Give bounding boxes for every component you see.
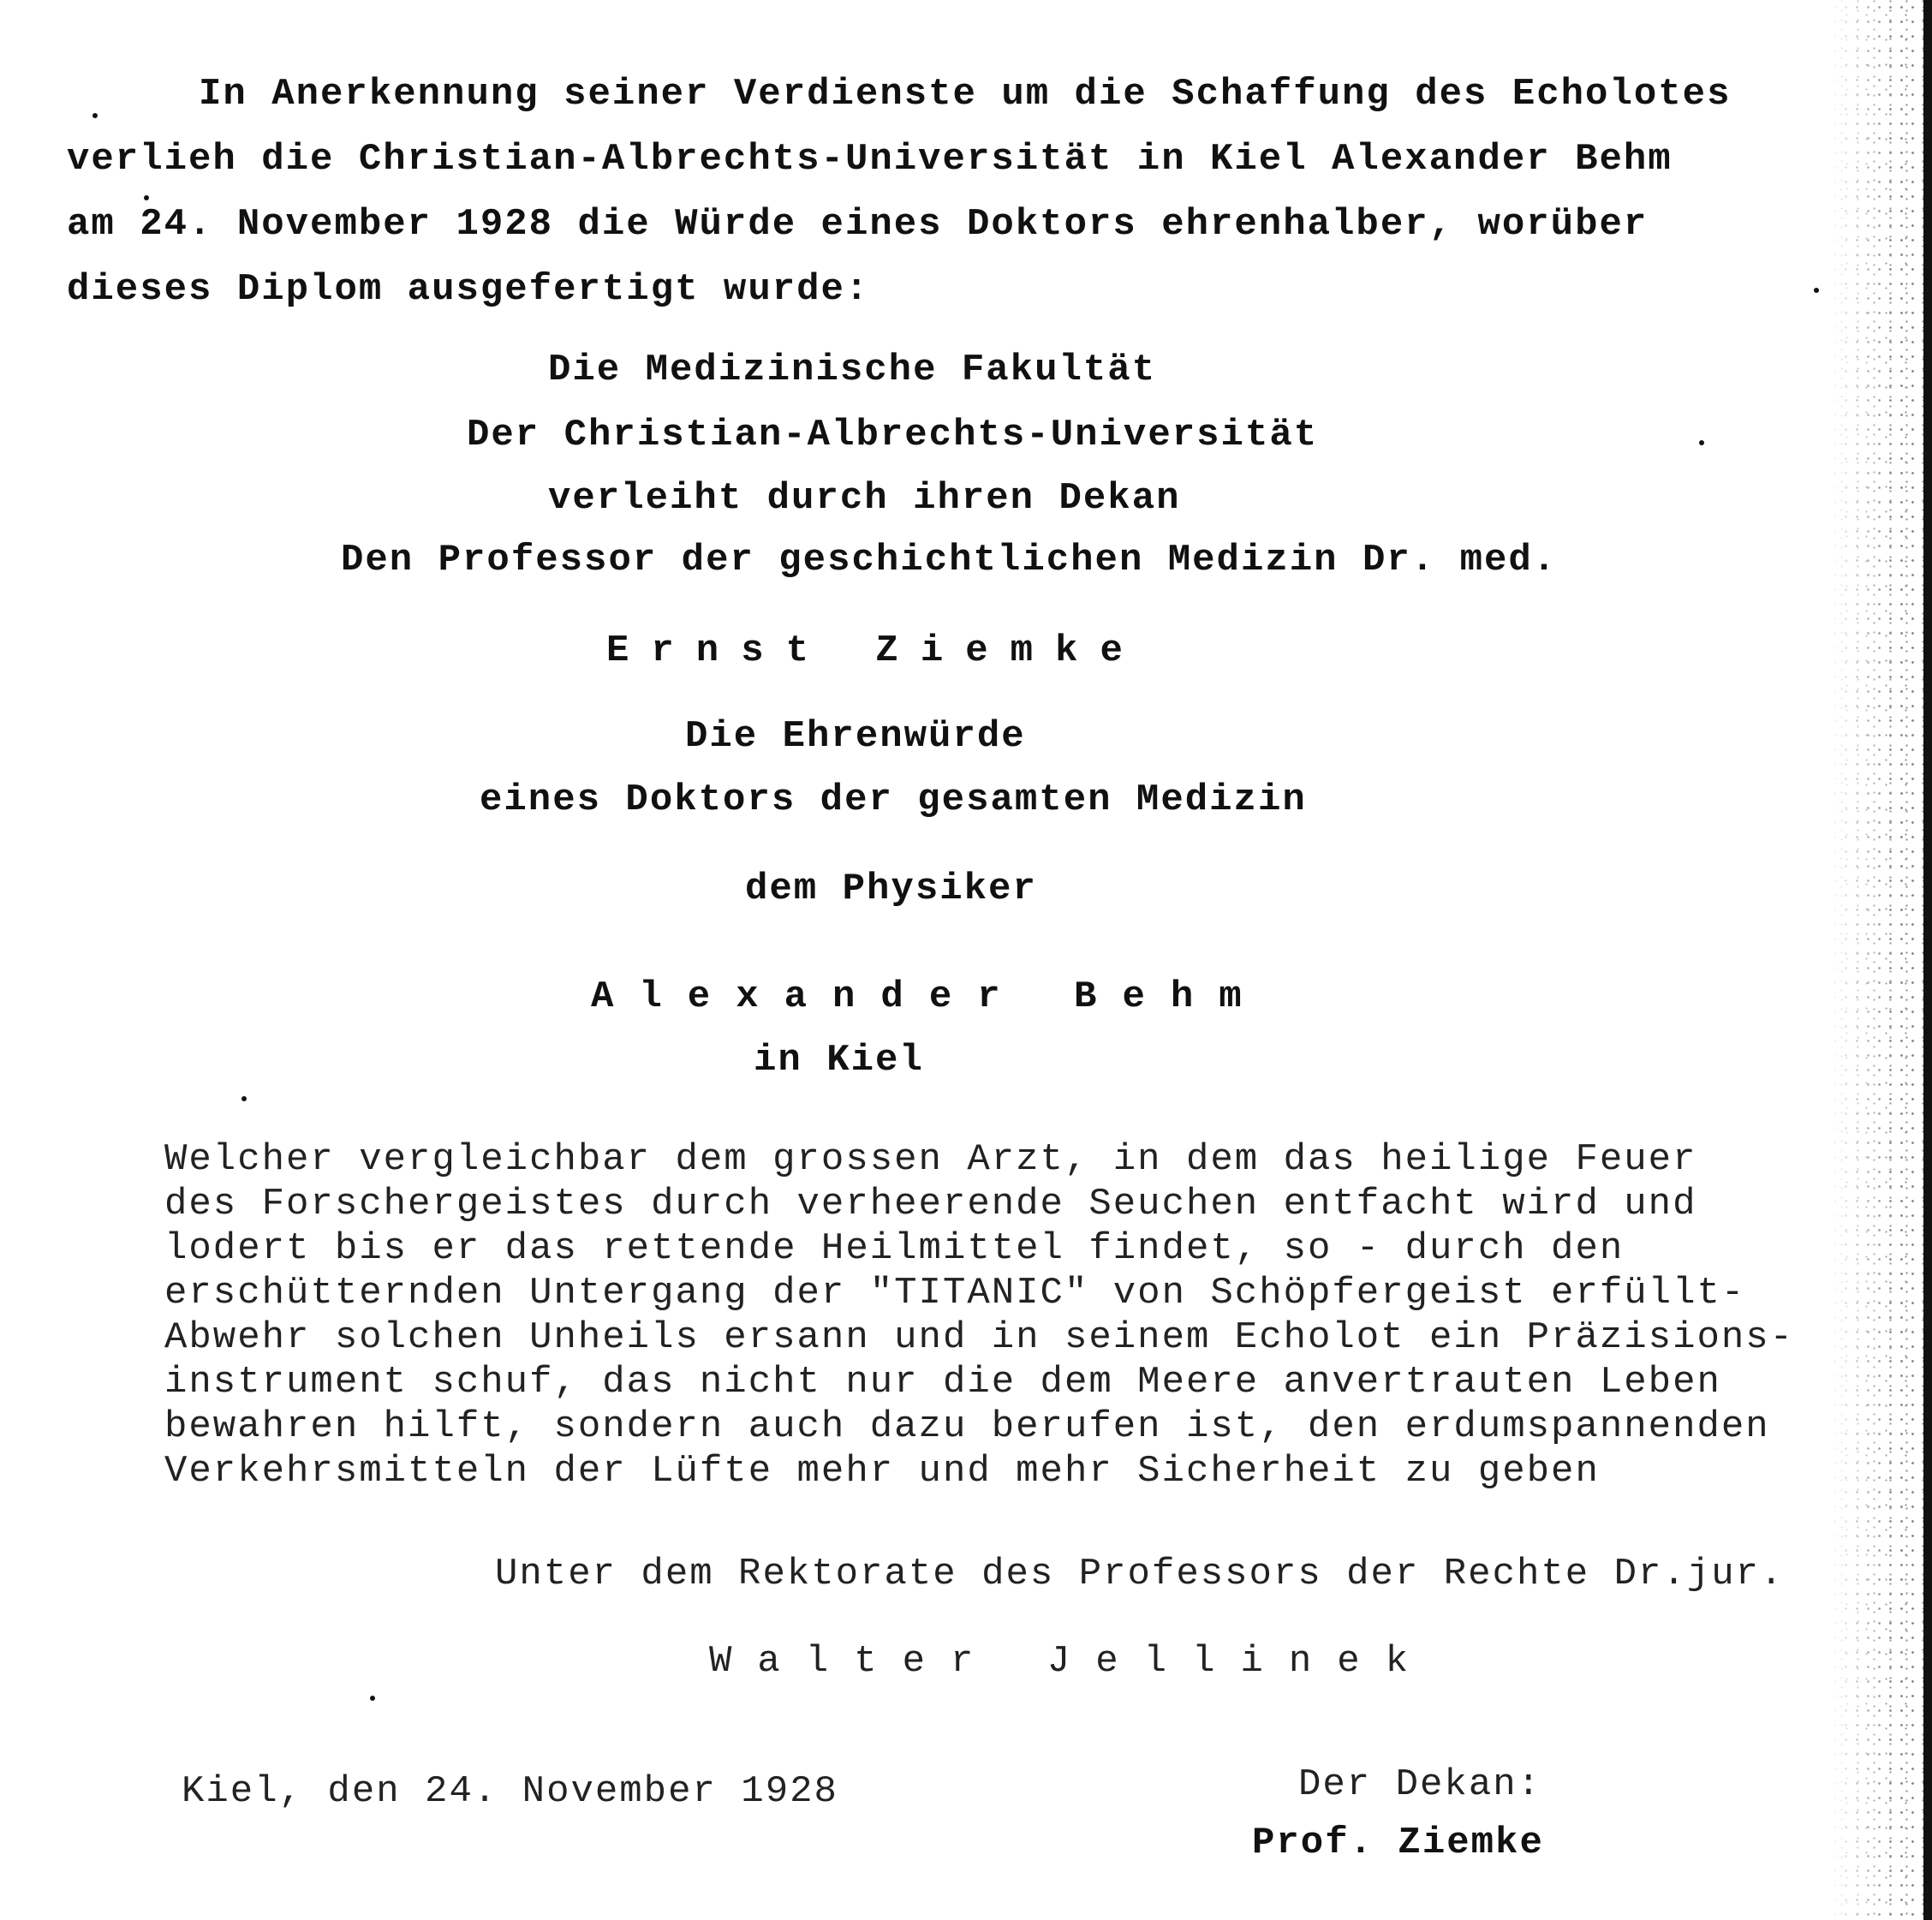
- laudatio-line-4: erschütternden Untergang der "TITANIC" v…: [164, 1274, 1745, 1312]
- signer-role: Der Dekan:: [1298, 1766, 1541, 1804]
- scan-speck: [370, 1696, 375, 1701]
- document-page: In Anerkennung seiner Verdienste um die …: [0, 0, 1932, 1920]
- rector-name: Walter Jellinek: [709, 1643, 1434, 1680]
- scan-noise: [1829, 0, 1923, 1920]
- laudatio-line-7: bewahren hilft, sondern auch dazu berufe…: [164, 1408, 1770, 1446]
- scan-speck: [92, 113, 98, 118]
- intro-line-3: am 24. November 1928 die Würde eines Dok…: [67, 206, 1648, 243]
- scan-speck: [1699, 440, 1704, 445]
- place-date: Kiel, den 24. November 1928: [182, 1773, 838, 1810]
- laudatio-line-3: lodert bis er das rettende Heilmittel fi…: [164, 1230, 1624, 1267]
- signer-name: Prof. Ziemke: [1252, 1824, 1544, 1862]
- honor-line: Die Ehrenwürde: [685, 718, 1026, 755]
- dean-title-line: Den Professor der geschichtlichen Medizi…: [341, 541, 1557, 579]
- dean-name: Ernst Ziemke: [606, 632, 1145, 670]
- recipient-place: in Kiel: [754, 1041, 924, 1079]
- laudatio-line-2: des Forschergeistes durch verheerende Se…: [164, 1185, 1696, 1223]
- laudatio-line-5: Abwehr solchen Unheils ersann und in sei…: [164, 1319, 1794, 1357]
- scan-speck: [144, 195, 149, 200]
- degree-line: eines Doktors der gesamten Medizin: [480, 781, 1307, 819]
- laudatio-line-8: Verkehrsmitteln der Lüfte mehr und mehr …: [164, 1452, 1600, 1490]
- scan-speck: [241, 1096, 247, 1101]
- scan-edge: [1923, 0, 1932, 1920]
- recipient-name: Alexander Behm: [591, 978, 1267, 1016]
- recipient-title: dem Physiker: [745, 870, 1037, 908]
- laudatio-line-6: instrument schuf, das nicht nur die dem …: [164, 1363, 1721, 1401]
- intro-line-1: In Anerkennung seiner Verdienste um die …: [199, 75, 1731, 113]
- faculty-line: Die Medizinische Fakultät: [548, 351, 1156, 389]
- intro-line-4: dieses Diplom ausgefertigt wurde:: [67, 271, 869, 308]
- scan-speck: [1814, 288, 1819, 293]
- university-line: Der Christian-Albrechts-Universität: [467, 416, 1318, 454]
- intro-line-2: verlieh die Christian-Albrechts-Universi…: [67, 140, 1673, 178]
- rectorate-line: Unter dem Rektorate des Professors der R…: [495, 1555, 1784, 1593]
- laudatio-line-1: Welcher vergleichbar dem grossen Arzt, i…: [164, 1141, 1696, 1178]
- confers-line: verleiht durch ihren Dekan: [548, 480, 1181, 517]
